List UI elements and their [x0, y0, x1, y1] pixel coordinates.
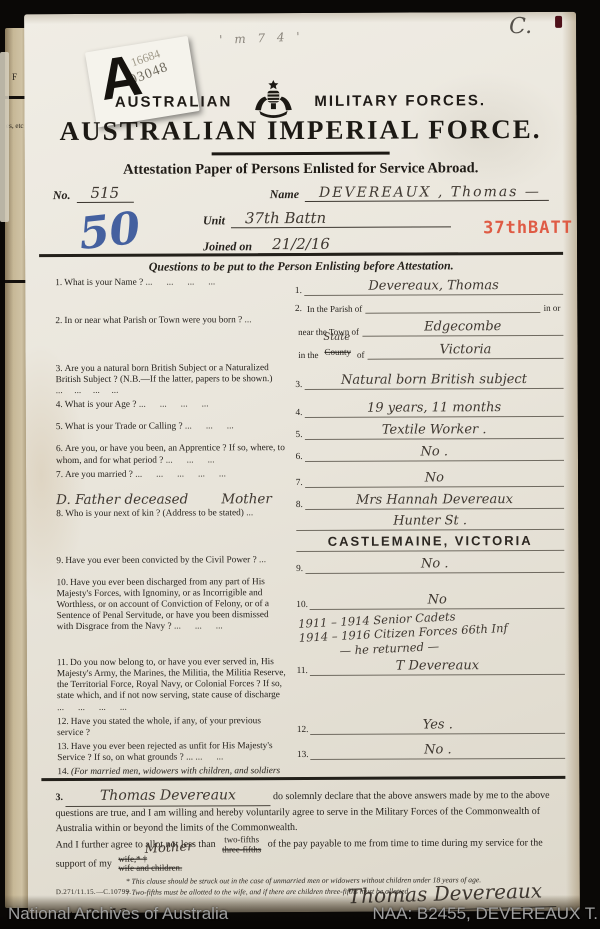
question-number: 8.	[56, 509, 63, 519]
unit-value: 37th Battn	[231, 209, 334, 227]
question-number: 4.	[56, 401, 63, 411]
dot-leaders: ...	[245, 315, 252, 325]
question-number: 3.	[56, 364, 63, 374]
declaration-number: 3.	[55, 792, 63, 803]
next-of-kin-name: Mrs Hannah Devereaux	[356, 492, 513, 508]
question-row-4: 4.What is your Age ? ... ... ... ... 4.1…	[56, 398, 564, 419]
allotment-text-post: of the pay payable to me from time to ti…	[268, 838, 514, 850]
answer-number: 8.	[296, 500, 303, 510]
dot-leaders: ... ... ... ...	[57, 702, 127, 712]
corner-pencil-mark: C.	[509, 14, 532, 39]
question-number: 10.	[57, 578, 69, 588]
question-number: 9.	[56, 556, 63, 566]
corps-left-label: AUSTRALIAN	[115, 93, 233, 111]
question-row-10: 10.Have you ever been discharged from an…	[57, 576, 565, 655]
next-of-kin-town: CASTLEMAINE, VICTORIA	[328, 533, 533, 549]
wife-children-struck: wife and children.	[118, 864, 182, 874]
birth-state-value: Victoria	[440, 342, 492, 357]
next-of-kin-annotation: D. Father deceasedMother	[56, 491, 286, 508]
answer-number: 2.	[295, 304, 302, 314]
answer-number: 3.	[295, 380, 302, 390]
document-subtitle: Attestation Paper of Persons Enlisted fo…	[25, 160, 577, 179]
enlistment-form: 50 37thBATT No. 515 Name DEVEREAUX , Tho…	[53, 182, 549, 262]
answer-value: No .	[424, 742, 452, 757]
answer-number: 9.	[296, 564, 303, 574]
question-number: 5.	[56, 423, 63, 433]
question-label: What is your Age ?	[65, 400, 137, 410]
county-label-post: of	[357, 350, 365, 360]
name-label: Name	[270, 187, 299, 202]
question-label: Are you a natural born British Subject o…	[56, 363, 273, 385]
unit-label: Unit	[203, 213, 225, 228]
question-number: 12.	[57, 717, 69, 727]
corps-right-label: MILITARY FORCES.	[314, 92, 486, 110]
question-label: Are you married ?	[65, 470, 133, 480]
dot-leaders: ...	[246, 508, 253, 518]
question-number: 1.	[55, 278, 62, 288]
dot-leaders: ... ... ...	[185, 422, 234, 432]
question-row-13: 13.Have you ever been rejected as unfit …	[57, 740, 565, 765]
questions-section: 1.What is your Name ? ... ... ... ... 1.…	[55, 276, 565, 778]
question-row-1: 1.What is your Name ? ... ... ... ... 1.…	[55, 276, 563, 297]
question-number: 6.	[56, 445, 63, 455]
archive-watermark-right: NAA: B2455, DEVEREAUX T.	[372, 904, 598, 924]
question-label: Have you ever been rejected as unfit for…	[57, 741, 272, 763]
answer-value: No	[425, 470, 444, 485]
in-or-label: in or	[544, 303, 561, 313]
question-row-9: 9.Have you ever been convicted by the Ci…	[56, 554, 564, 575]
dot-leaders: ... ... ...	[174, 622, 223, 632]
question-label: Do you now belong to, or have you ever s…	[57, 657, 286, 701]
answer-value: Textile Worker .	[382, 423, 487, 438]
answer-value: No .	[421, 445, 449, 460]
questions-heading: Questions to be put to the Person Enlist…	[25, 258, 577, 275]
answer-value: No .	[421, 556, 449, 571]
question-number: 7.	[56, 470, 63, 480]
question-label: Have you stated the whole, if any, of yo…	[57, 716, 261, 738]
answer-value: 19 years, 11 months	[367, 401, 501, 417]
name-value: DEVEREAUX , Thomas —	[305, 184, 549, 201]
declarant-name: Thomas Devereaux	[100, 787, 236, 804]
parish-label: In the Parish of	[307, 304, 362, 314]
prior-service-notes: 1911 – 1914 Senior Cadets 1914 – 1916 Ci…	[298, 604, 566, 660]
dot-leaders: ... ... ... ...	[56, 386, 119, 396]
question-label: What is your Trade or Calling ?	[65, 422, 183, 433]
answer-number: 7.	[296, 478, 303, 488]
answer-number: 12.	[297, 725, 309, 735]
dot-leaders: ... ... ... ...	[146, 277, 216, 287]
question-row-5: 5.What is your Trade or Calling ? ... ..…	[56, 420, 564, 441]
next-of-kin-street: Hunter St .	[393, 513, 467, 528]
edge-text-fragment: F	[12, 72, 17, 82]
question-number: 2.	[55, 316, 62, 326]
answer-number: 1.	[295, 286, 302, 296]
fraction-struck: three-fifths	[222, 845, 261, 854]
question-row-2: 2.In or near what Parish or Town were yo…	[55, 298, 563, 361]
question-number: 11.	[57, 658, 68, 668]
photo-blemish	[555, 16, 562, 28]
tape-fragment	[0, 52, 9, 222]
question-row-11: 11.Do you now belong to, or have you eve…	[57, 656, 565, 714]
annotation-mother: Mother	[221, 491, 272, 507]
annotation-father: D. Father deceased	[56, 491, 188, 508]
question-label: In or near what Parish or Town were you …	[64, 315, 242, 326]
mother-correction: Mother	[144, 840, 193, 856]
answer-number: 6.	[296, 452, 303, 462]
joined-on-label: Joined on	[203, 239, 252, 254]
question-number: 13.	[57, 742, 69, 752]
answer-signature: T Devereaux	[396, 658, 479, 673]
form-row-number: No. 515 Name DEVEREAUX , Thomas —	[53, 182, 549, 203]
question-number: 14.	[57, 767, 69, 777]
answer-value: Yes .	[423, 717, 453, 732]
answer-number: 10.	[296, 600, 308, 610]
question-row-8: D. Father deceasedMother 8.Who is your n…	[56, 490, 564, 553]
question-row-12: 12.Have you stated the whole, if any, of…	[57, 715, 565, 740]
joined-on-value: 21/2/16	[258, 235, 338, 253]
dot-leaders: ... ... ...	[166, 455, 215, 465]
title-underline	[212, 152, 390, 156]
dot-leaders: ... ... ... ...	[139, 400, 209, 410]
pencil-scribble: ' m 7 4 '	[219, 30, 304, 47]
county-struck-label: County	[324, 347, 351, 357]
archive-watermark-left: National Archives of Australia	[8, 904, 228, 924]
answer-value: Devereaux, Thomas	[368, 278, 498, 294]
question-row-7: 7.Are you married ? ... ... ... ... ... …	[56, 468, 564, 489]
question-label: What is your Name ?	[64, 278, 143, 288]
battalion-stamp: 37thBATT	[483, 218, 573, 238]
question-label: Have you ever been convicted by the Civi…	[65, 555, 256, 566]
answer-value: Natural born British subject	[341, 372, 527, 388]
state-correction: State	[323, 332, 350, 343]
answer-number: 5.	[296, 430, 303, 440]
answer-number: 11.	[297, 666, 308, 676]
answer-number: 13.	[297, 750, 309, 760]
number-value: 515	[76, 184, 127, 202]
dot-leaders: ... ...	[195, 753, 223, 763]
county-label-pre: in the	[298, 350, 318, 360]
answer-number: 4.	[295, 408, 302, 418]
scanned-document-photo: F es, etc C. ' m 7 4 ' 16684 93048 A AUS…	[0, 0, 600, 929]
answer-value: No	[428, 592, 447, 607]
depot-number: 50	[76, 203, 142, 260]
document-title: AUSTRALIAN IMPERIAL FORCE.	[24, 114, 576, 147]
question-row-3: 3.Are you a natural born British Subject…	[56, 362, 564, 398]
question-label: Who is your next of kin ? (Address to be…	[65, 508, 244, 519]
question-row-6: 6.Are you, or have you been, an Apprenti…	[56, 442, 564, 467]
birth-town-value: Edgecombe	[424, 319, 501, 334]
number-label: No.	[53, 188, 71, 203]
question-label: Have you ever been discharged from any p…	[57, 577, 270, 633]
attestation-paper-page: C. ' m 7 4 ' 16684 93048 A AUSTRALIAN	[24, 12, 580, 913]
dot-leaders: ...	[259, 555, 266, 565]
watermark-bar: National Archives of Australia NAA: B245…	[0, 895, 600, 929]
dot-leaders: ... ... ... ... ...	[135, 469, 226, 479]
